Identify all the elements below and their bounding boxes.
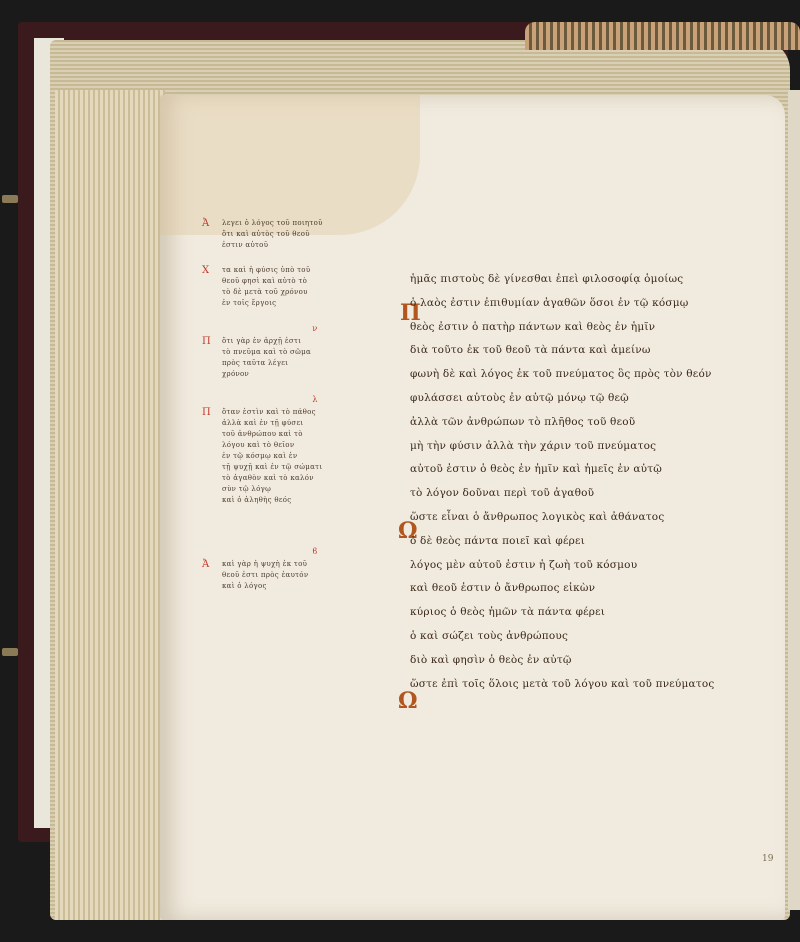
scholion-lemma-number: ϐ — [222, 546, 408, 557]
main-text-line: μὴ τὴν φύσιν ἀλλὰ τὴν χάριν τοῦ πνεύματο… — [410, 435, 780, 459]
rubric-initial: Π — [202, 407, 211, 418]
water-stain — [160, 95, 420, 235]
scholion-line: καὶ γὰρ ἡ ψυχὴ ἐκ τοῦ — [222, 559, 408, 570]
scholion-line: λόγου καὶ τὸ θεῖον — [222, 440, 408, 451]
scholion-line: ἀλλὰ καὶ ἐν τῇ φύσει — [222, 418, 408, 429]
facing-page-edge — [788, 90, 800, 910]
scholion-line: τὸ πνεῦμα καὶ τὸ σῶμα — [222, 347, 408, 358]
scholion-line: ὅτι γὰρ ἐν ἀρχῇ ἐστι — [222, 336, 408, 347]
scholion-line: ἐν τῷ κόσμῳ καὶ ἐν — [222, 451, 408, 462]
main-text-line: φυλάσσει αὐτοὺς ἐν αὐτῷ μόνῳ τῷ θεῷ — [410, 387, 780, 411]
main-text-line: τὸ λόγον δοῦναι περὶ τοῦ ἀγαθοῦ — [410, 482, 780, 506]
scholion-line: καὶ ὁ ἀληθὴς θεός — [222, 495, 408, 506]
scholion-line: ὅτι καὶ αὐτὸς τοῦ θεοῦ — [222, 229, 408, 240]
main-text-line: κύριος ὁ θεὸς ἡμῶν τὰ πάντα φέρει — [410, 601, 780, 625]
main-text-line: ὁ λαὸς ἐστιν ἐπιθυμίαν ἀγαθῶν ὅσοι ἐν τῷ… — [410, 292, 780, 316]
scholion-line: ἐστιν αὐτοῦ — [222, 240, 408, 251]
rubric-initial: Ἀ — [202, 559, 210, 570]
scholion-line: λεγει ὁ λόγος τοῦ ποιητοῦ — [222, 218, 408, 229]
scholion: Χτα καὶ ἡ φύσις ὑπὸ τοῦθεοῦ φησὶ καὶ αὐτ… — [218, 265, 408, 309]
headband — [525, 22, 800, 50]
rubric-initial: Χ — [202, 265, 209, 276]
main-text-line: ὁ καὶ σώζει τοὺς ἀνθρώπους — [410, 625, 780, 649]
rubric-initial: Π — [202, 336, 211, 347]
main-text-line: καὶ θεοῦ ἐστιν ὁ ἄνθρωπος εἰκὼν — [410, 577, 780, 601]
main-text-block: ἡμᾶς πιστοὺς δὲ γίνεσθαι ἐπεὶ φιλοσοφίᾳ … — [410, 268, 780, 696]
scholion-line: καὶ ὁ λόγος — [222, 581, 408, 592]
scholion-line: χρόνον — [222, 369, 408, 380]
rubric-initial: Ἀ — [202, 218, 210, 229]
main-text-line: ἡμᾶς πιστοὺς δὲ γίνεσθαι ἐπεὶ φιλοσοφίᾳ … — [410, 268, 780, 292]
page-edges-side — [55, 90, 165, 920]
main-text-line: θεὸς ἐστιν ὁ πατὴρ πάντων καὶ θεὸς ἐν ἡμ… — [410, 316, 780, 340]
clasp-top — [2, 195, 18, 203]
main-text-line: διὸ καὶ φησὶν ὁ θεὸς ἐν αὐτῷ — [410, 649, 780, 673]
scholion-lemma-number: ν — [222, 323, 408, 334]
main-text-line: λόγος μὲν αὐτοῦ ἐστιν ἡ ζωὴ τοῦ κόσμου — [410, 554, 780, 578]
scholion: νΠὅτι γὰρ ἐν ἀρχῇ ἐστιτὸ πνεῦμα καὶ τὸ σ… — [218, 323, 408, 380]
main-text-line: ὥστε εἶναι ὁ ἄνθρωπος λογικὸς καὶ ἀθάνατ… — [410, 506, 780, 530]
scholion-line: θεοῦ ἐστι πρὸς ἑαυτόν — [222, 570, 408, 581]
folio-number: 19 — [762, 854, 773, 864]
scholion: λΠὅταν ἐστὶν καὶ τὸ πάθοςἀλλὰ καὶ ἐν τῇ … — [218, 394, 408, 506]
scholion-line: τοῦ ἀνθρώπου καὶ τὸ — [222, 429, 408, 440]
scholion-line: ἐν τοῖς ἔργοις — [222, 298, 408, 309]
scholion-line: τὸ ἀγαθὸν καὶ τὸ καλόν — [222, 473, 408, 484]
main-text-line: ὁ δὲ θεὸς πάντα ποιεῖ καὶ φέρει — [410, 530, 780, 554]
scholion-line: τῇ ψυχῇ καὶ ἐν τῷ σώματι — [222, 462, 408, 473]
scholion-line: τα καὶ ἡ φύσις ὑπὸ τοῦ — [222, 265, 408, 276]
scholion: Ἀλεγει ὁ λόγος τοῦ ποιητοῦὅτι καὶ αὐτὸς … — [218, 218, 408, 251]
marginal-scholia: Ἀλεγει ὁ λόγος τοῦ ποιητοῦὅτι καὶ αὐτὸς … — [218, 218, 408, 606]
main-text-line: φωνὴ δὲ καὶ λόγος ἐκ τοῦ πνεύματος ὃς πρ… — [410, 363, 780, 387]
clasp-bottom — [2, 648, 18, 656]
main-text-line: διὰ τοῦτο ἐκ τοῦ θεοῦ τὰ πάντα καὶ ἀμείν… — [410, 339, 780, 363]
scholion-line: σὺν τῷ λόγῳ — [222, 484, 408, 495]
scholion: ϐἈκαὶ γὰρ ἡ ψυχὴ ἐκ τοῦθεοῦ ἐστι πρὸς ἑα… — [218, 546, 408, 592]
scholion-line: τὸ δὲ μετὰ τοῦ χρόνου — [222, 287, 408, 298]
main-text-line: αὐτοῦ ἐστιν ὁ θεὸς ἐν ἡμῖν καὶ ἡμεῖς ἐν … — [410, 458, 780, 482]
scholion-line: θεοῦ φησὶ καὶ αὐτὸ τὸ — [222, 276, 408, 287]
main-text-line: ἀλλὰ τῶν ἀνθρώπων τὸ πλῆθος τοῦ θεοῦ — [410, 411, 780, 435]
scholion-lemma-number: λ — [222, 394, 408, 405]
main-text-line: ὥστε ἐπὶ τοῖς ὅλοις μετὰ τοῦ λόγου καὶ τ… — [410, 673, 780, 697]
scholion-line: πρὸς ταῦτα λέγει — [222, 358, 408, 369]
scholion-line: ὅταν ἐστὶν καὶ τὸ πάθος — [222, 407, 408, 418]
